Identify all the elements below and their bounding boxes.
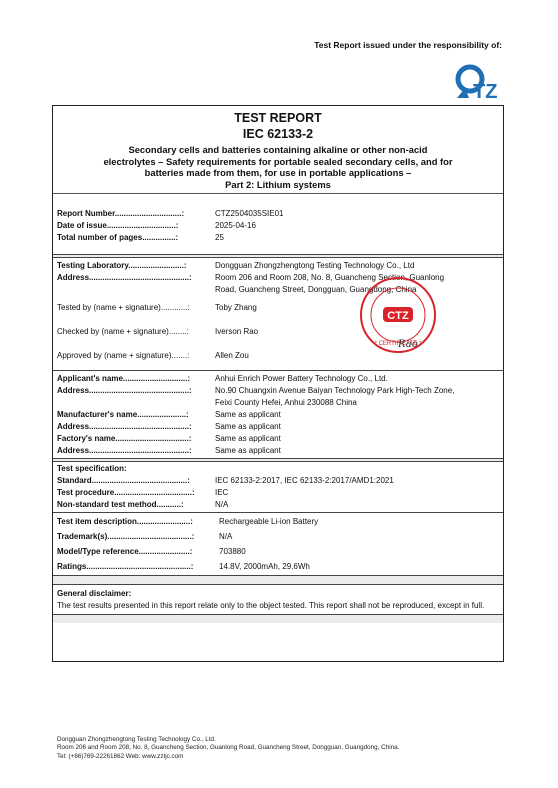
checked-by: Iverson Rao — [215, 320, 499, 344]
report-title: TEST REPORT — [57, 110, 499, 126]
total-pages-row: Total number of pages...............: 25 — [57, 232, 499, 244]
field-label: Trademark(s)............................… — [57, 529, 219, 544]
factory-address-row: Address.................................… — [57, 445, 499, 457]
field-label: Tested by (name + signature)............… — [57, 296, 215, 320]
field-label: Address.................................… — [57, 445, 215, 457]
factory-row: Factory's name..........................… — [57, 433, 499, 445]
title-block: TEST REPORT IEC 62133-2 Secondary cells … — [53, 106, 503, 194]
report-info-section: Report Number...........................… — [53, 194, 503, 254]
non-standard-method-row: Non-standard test method...........: N/A — [57, 499, 499, 511]
field-label: Ratings.................................… — [57, 559, 219, 574]
subtitle-line: Part 2: Lithium systems — [57, 179, 499, 191]
applicant-section: Applicant's name........................… — [53, 371, 503, 458]
field-label: Applicant's name........................… — [57, 373, 215, 385]
field-label: Manufacturer's name.....................… — [57, 409, 215, 421]
applicant-address: No.90 Chuangxin Avenue Baiyan Technology… — [215, 385, 499, 409]
checked-by-row: Checked by (name + signature)........: I… — [57, 320, 499, 344]
footer-company: Dongguan Zhongzhengtong Testing Technolo… — [57, 736, 399, 744]
field-label: Checked by (name + signature)........: — [57, 320, 215, 344]
section-divider — [53, 575, 503, 585]
address-line: No.90 Chuangxin Avenue Baiyan Technology… — [215, 385, 499, 397]
standard-title: IEC 62133-2 — [57, 126, 499, 142]
manufacturer-address: Same as applicant — [215, 421, 499, 433]
applicant-name-row: Applicant's name........................… — [57, 373, 499, 385]
model-type: 703880 — [219, 544, 499, 559]
address-line: Room 206 and Room 208, No. 8, Guancheng … — [215, 272, 499, 284]
lab-section: Testing Laboratory......................… — [53, 258, 503, 370]
report-number: CTZ2504035SIE01 — [215, 208, 499, 220]
subtitle-line: electrolytes – Safety requirements for p… — [57, 156, 499, 168]
test-spec-section: Test specification: Standard............… — [53, 462, 503, 512]
test-spec-heading: Test specification: — [57, 463, 499, 475]
field-label: Date of issue...........................… — [57, 220, 215, 232]
footer-contact: Tel: (+86)769-22261862 Web: www.zztjc.co… — [57, 753, 399, 761]
total-pages: 25 — [215, 232, 499, 244]
issued-by-text: Test Report issued under the responsibil… — [314, 40, 502, 50]
ratings: 14.8V, 2000mAh, 29.6Wh — [219, 559, 499, 574]
lab-address-row: Address.................................… — [57, 272, 499, 296]
section-divider — [53, 614, 503, 623]
factory-name: Same as applicant — [215, 433, 499, 445]
approved-by-row: Approved by (name + signature).......: A… — [57, 344, 499, 368]
svg-text:TZ: TZ — [473, 81, 497, 102]
test-item-description: Rechargeable Li-ion Battery — [219, 514, 499, 529]
date-of-issue: 2025-04-16 — [215, 220, 499, 232]
model-row: Model/Type reference....................… — [57, 544, 499, 559]
manufacturer-name: Same as applicant — [215, 409, 499, 421]
field-label: Address.................................… — [57, 272, 215, 296]
field-label: Total number of pages...............: — [57, 232, 215, 244]
address-line: Road, Guancheng Street, Dongguan, Guangd… — [215, 284, 499, 296]
field-label: Model/Type reference....................… — [57, 544, 219, 559]
field-label: Address.................................… — [57, 421, 215, 433]
trademark-row: Trademark(s)............................… — [57, 529, 499, 544]
field-label: Report Number...........................… — [57, 208, 215, 220]
test-item-section: Test item description...................… — [53, 513, 503, 575]
field-label: Address.................................… — [57, 385, 215, 409]
report-number-row: Report Number...........................… — [57, 208, 499, 220]
field-label: Factory's name..........................… — [57, 433, 215, 445]
footer-address: Room 206 and Room 208, No. 8, Guancheng … — [57, 744, 399, 752]
tested-by-row: Tested by (name + signature)............… — [57, 296, 499, 320]
field-label: Test procedure..........................… — [57, 487, 215, 499]
footer: Dongguan Zhongzhengtong Testing Technolo… — [57, 736, 399, 761]
field-label: Testing Laboratory......................… — [57, 260, 215, 272]
standard-value: IEC 62133-2:2017, IEC 62133-2:2017/AMD1:… — [215, 475, 499, 487]
non-standard-method-value: N/A — [215, 499, 499, 511]
field-label: Test item description...................… — [57, 514, 219, 529]
subtitle-line: Secondary cells and batteries containing… — [57, 144, 499, 156]
applicant-address-row: Address.................................… — [57, 385, 499, 409]
subtitle-line: batteries made from them, for use in por… — [57, 167, 499, 179]
disclaimer-text: The test results presented in this repor… — [57, 600, 499, 611]
applicant-name: Anhui Enrich Power Battery Technology Co… — [215, 373, 499, 385]
test-procedure-value: IEC — [215, 487, 499, 499]
ratings-row: Ratings.................................… — [57, 559, 499, 574]
factory-address: Same as applicant — [215, 445, 499, 457]
approved-by: Allen Zou — [215, 344, 499, 368]
field-label: Non-standard test method...........: — [57, 499, 215, 511]
address-line: Feixi County Hefei, Anhui 230088 China — [215, 397, 499, 409]
disclaimer-section: General disclaimer: The test results pre… — [53, 585, 503, 614]
standard-row: Standard................................… — [57, 475, 499, 487]
ctz-logo-icon: TZ — [453, 62, 499, 102]
disclaimer-heading: General disclaimer: — [57, 588, 499, 600]
test-procedure-row: Test procedure..........................… — [57, 487, 499, 499]
field-label: Approved by (name + signature).......: — [57, 344, 215, 368]
date-of-issue-row: Date of issue...........................… — [57, 220, 499, 232]
trademark: N/A — [219, 529, 499, 544]
tested-by: Toby Zhang — [215, 296, 499, 320]
manufacturer-row: Manufacturer's name.....................… — [57, 409, 499, 421]
field-label: Standard................................… — [57, 475, 215, 487]
lab-address: Room 206 and Room 208, No. 8, Guancheng … — [215, 272, 499, 296]
testing-lab: Dongguan Zhongzhengtong Testing Technolo… — [215, 260, 499, 272]
test-item-row: Test item description...................… — [57, 514, 499, 529]
subtitle: Secondary cells and batteries containing… — [57, 144, 499, 190]
manufacturer-address-row: Address.................................… — [57, 421, 499, 433]
report-cover-frame: TEST REPORT IEC 62133-2 Secondary cells … — [52, 105, 504, 662]
testing-lab-row: Testing Laboratory......................… — [57, 260, 499, 272]
